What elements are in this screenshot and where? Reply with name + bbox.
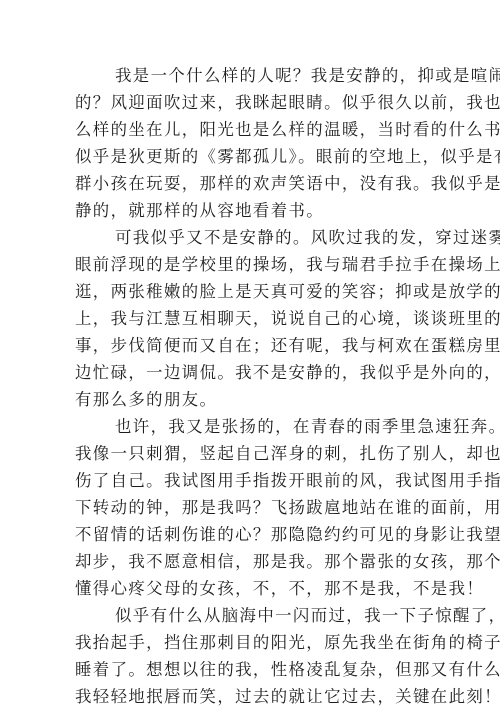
text-line: 可我似乎又不是安静的。风吹过我的发，穿过迷雾， [75,224,439,251]
paragraph-2: 可我似乎又不是安静的。风吹过我的发，穿过迷雾， 眼前浮现的是学校里的操场，我与瑞… [75,224,439,413]
text-line: 边忙碌，一边调侃。我不是安静的，我似乎是外向的，我 [75,359,439,386]
text-line: 也许，我又是张扬的，在青春的雨季里急速狂奔。 [75,413,439,440]
paragraph-4: 似乎有什么从脑海中一闪而过，我一下子惊醒了， 我抬起手，挡住那刺目的阳光，原先我… [75,602,439,707]
text-line: 的？风迎面吹过来，我眯起眼睛。似乎很久以前，我也是 [75,89,439,116]
document-page: 我是一个什么样的人呢？我是安静的，抑或是喧闹 的？风迎面吹过来，我眯起眼睛。似乎… [75,62,439,707]
text-line: 我抬起手，挡住那刺目的阳光，原先我坐在街角的椅子上 [75,629,439,656]
text-line: 我轻轻地抿唇而笑，过去的就让它过去，关键在此刻！正 [75,683,439,707]
text-line: 有那么多的朋友。 [75,386,439,413]
text-line: 上，我与江慧互相聊天，说说自己的心境，谈谈班里的趣 [75,305,439,332]
text-line: 懂得心疼父母的女孩，不，不，那不是我，不是我！ [75,575,439,602]
paragraph-3: 也许，我又是张扬的，在青春的雨季里急速狂奔。 我像一只刺猬，竖起自己浑身的刺，扎… [75,413,439,602]
text-line: 似乎是狄更斯的《雾都孤儿》。眼前的空地上，似乎是有一 [75,143,439,170]
text-line: 伤了自己。我试图用手指拨开眼前的风，我试图用手指停 [75,467,439,494]
text-line: 睡着了。想想以往的我，性格凌乱复杂，但那又有什么？ [75,656,439,683]
text-line: 不留情的话刺伤谁的心？那隐隐约约可见的身影让我望而 [75,521,439,548]
text-line: 逛，两张稚嫩的脸上是天真可爱的笑容；抑或是放学的路 [75,278,439,305]
text-line: 事，步伐简便而又自在；还有呢，我与柯欢在蛋糕房里一 [75,332,439,359]
text-line: 眼前浮现的是学校里的操场，我与瑞君手拉手在操场上闲 [75,251,439,278]
text-line: 么样的坐在儿，阳光也是么样的温暖，当时看的什么书呢？ [75,116,439,143]
text-line: 我像一只刺猬，竖起自己浑身的刺，扎伤了别人，却也刺 [75,440,439,467]
text-line: 却步，我不愿意相信，那是我。那个嚣张的女孩，那个不 [75,548,439,575]
text-line: 下转动的钟，那是我吗？飞扬跋扈地站在谁的面前，用毫 [75,494,439,521]
text-line: 静的，就那样的从容地看着书。 [75,197,439,224]
text-line: 似乎有什么从脑海中一闪而过，我一下子惊醒了， [75,602,439,629]
paragraph-1: 我是一个什么样的人呢？我是安静的，抑或是喧闹 的？风迎面吹过来，我眯起眼睛。似乎… [75,62,439,224]
text-line: 我是一个什么样的人呢？我是安静的，抑或是喧闹 [75,62,439,89]
text-line: 群小孩在玩耍，那样的欢声笑语中，没有我。我似乎是安 [75,170,439,197]
